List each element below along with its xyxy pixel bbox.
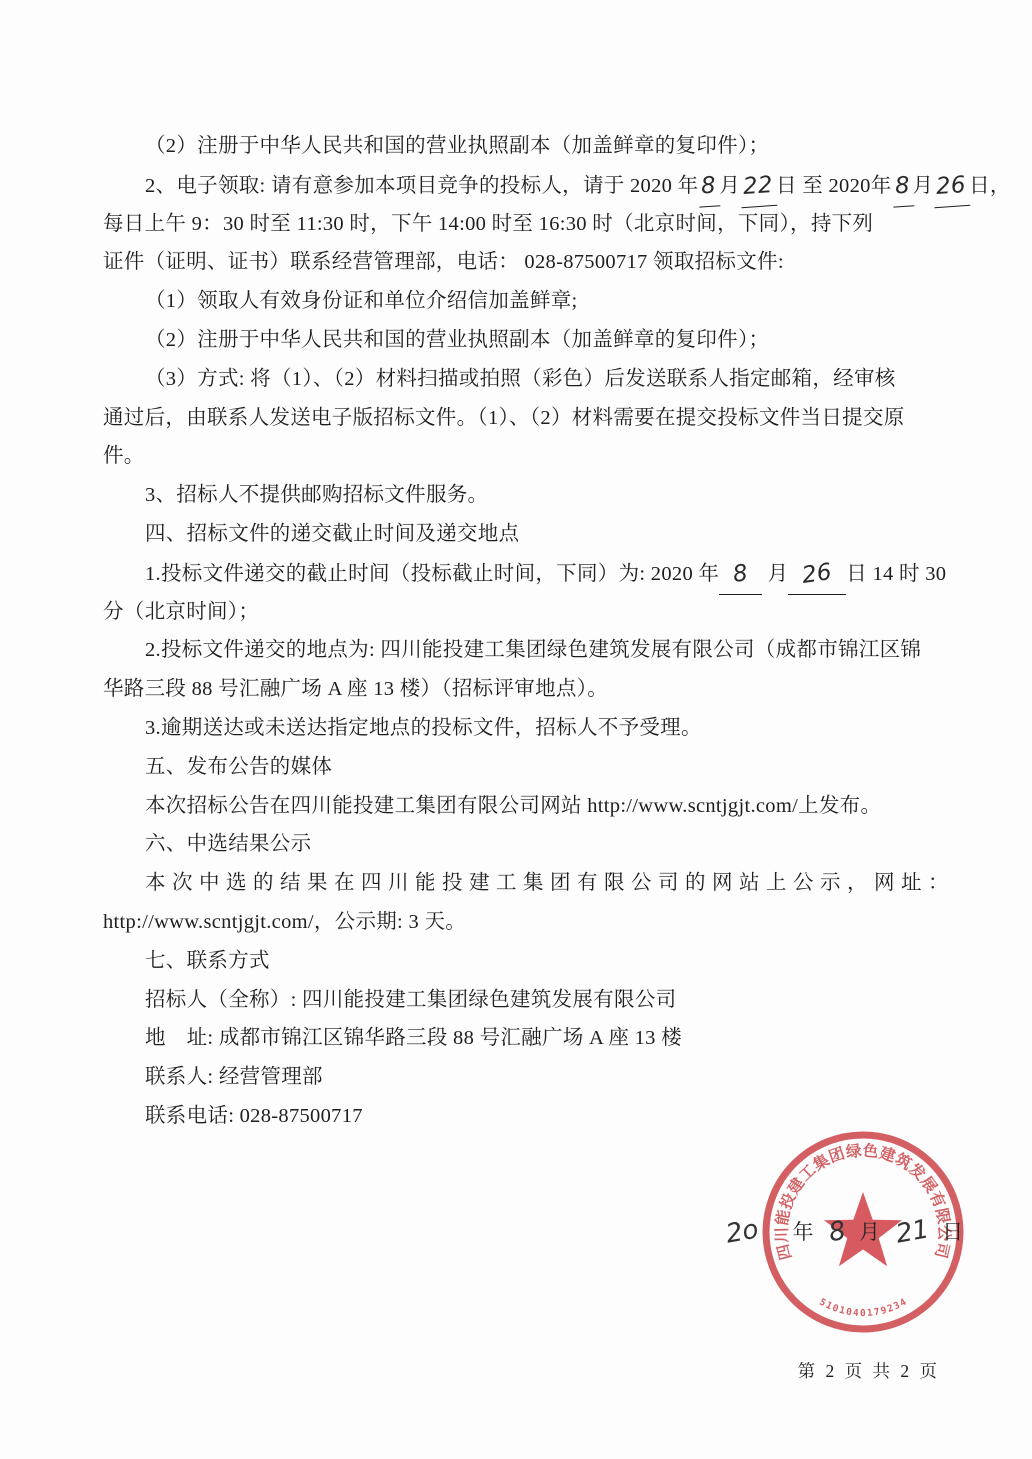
handwritten-segment: 26 xyxy=(932,166,971,208)
text-segment: 联系电话: 028-87500717 xyxy=(145,1105,363,1127)
document-line: http://www.scntjgjt.com/，公示期: 3 天。 xyxy=(103,903,936,942)
page-number: 第 2 页 共 2 页 xyxy=(798,1358,940,1383)
text-segment: 月 xyxy=(912,175,933,197)
document-line: 每日上午 9：30 时至 11:30 时，下午 14:00 时至 16:30 时… xyxy=(103,205,936,244)
text-segment: 五、发布公告的媒体 xyxy=(145,756,332,778)
handwritten-date-segment: 2o xyxy=(724,1214,761,1249)
text-segment: 2、电子领取: 请有意参加本项目竞争的投标人，请于 2020 年 xyxy=(145,175,698,197)
document-line: 3.逾期送达或未送达指定地点的投标文件，招标人不予受理。 xyxy=(103,709,936,748)
date-label-segment: 月 xyxy=(859,1216,880,1246)
text-segment: 本次中选的结果在四川能投建工集团有限公司的网站上公示，网址： xyxy=(145,872,955,894)
text-segment: 六、中选结果公示 xyxy=(145,833,311,855)
text-segment: 通过后，由联系人发送电子版招标文件。（1）、（2）材料需要在提交投标文件当日提交… xyxy=(103,407,905,429)
scanned-document-page: { "page": { "footer": "第 2 页 共 2 页" }, "… xyxy=(0,0,1032,1459)
text-segment: （1）领取人有效身份证和单位介绍信加盖鲜章; xyxy=(145,290,578,312)
document-line: 五、发布公告的媒体 xyxy=(103,748,936,787)
handwritten-date-segment: 21 xyxy=(894,1214,932,1249)
date-label-segment: 日 xyxy=(942,1216,963,1246)
handwritten-segment: 8 xyxy=(890,166,914,207)
text-segment: http://www.scntjgjt.com/，公示期: 3 天。 xyxy=(103,911,466,933)
text-segment: 日 至 2020年 xyxy=(776,175,891,197)
text-segment: （2）注册于中华人民共和国的营业执照副本（加盖鲜章的复印件）； xyxy=(145,135,769,157)
document-line: 四、招标文件的递交截止时间及递交地点 xyxy=(103,515,936,554)
document-line: 1.投标文件递交的截止时间（投标截止时间，下同）为: 2020 年8 月26日 … xyxy=(103,554,936,593)
document-line: 华路三段 88 号汇融广场 A 座 13 楼）（招标评审地点）。 xyxy=(103,670,936,709)
text-segment: 日， xyxy=(969,175,1011,197)
document-line: 通过后，由联系人发送电子版招标文件。（1）、（2）材料需要在提交投标文件当日提交… xyxy=(103,399,936,438)
text-segment: （3）方式: 将（1）、（2）材料扫描或拍照（彩色）后发送联系人指定邮箱，经审核 xyxy=(145,368,896,390)
handwritten-segment: 8 xyxy=(697,166,721,207)
document-line: （3）方式: 将（1）、（2）材料扫描或拍照（彩色）后发送联系人指定邮箱，经审核 xyxy=(103,360,936,399)
seal-number: 5101040179234 xyxy=(817,1296,909,1319)
text-segment: （2）注册于中华人民共和国的营业执照副本（加盖鲜章的复印件）； xyxy=(145,329,769,351)
document-line: 六、中选结果公示 xyxy=(103,825,936,864)
text-segment: 2.投标文件递交的地点为: 四川能投建工集团绿色建筑发展有限公司（成都市锦江区锦 xyxy=(145,639,921,661)
text-segment: 3、招标人不提供邮购招标文件服务。 xyxy=(145,484,488,506)
text-segment: 日 14 时 30 xyxy=(846,563,946,585)
text-segment: 月 xyxy=(762,563,788,585)
svg-text:5101040179234: 5101040179234 xyxy=(817,1296,909,1319)
document-line: （2）注册于中华人民共和国的营业执照副本（加盖鲜章的复印件）； xyxy=(103,127,936,166)
date-label-segment: 年 xyxy=(792,1216,813,1246)
document-line: 联系人: 经营管理部 xyxy=(103,1058,936,1097)
signature-date: 2o年8月21日 xyxy=(726,1216,963,1246)
text-segment: 七、联系方式 xyxy=(145,950,270,972)
document-line: 七、联系方式 xyxy=(103,942,936,981)
document-line: 本次招标公告在四川能投建工集团有限公司网站 http://www.scntjgj… xyxy=(103,787,936,826)
text-segment: 1.投标文件递交的截止时间（投标截止时间，下同）为: 2020 年 xyxy=(145,563,719,585)
text-segment: 件。 xyxy=(103,445,145,467)
document-line: 3、招标人不提供邮购招标文件服务。 xyxy=(103,476,936,515)
document-line: 件。 xyxy=(103,437,936,476)
document-line: （1）领取人有效身份证和单位介绍信加盖鲜章; xyxy=(103,282,936,321)
document-line: 招标人（全称）: 四川能投建工集团绿色建筑发展有限公司 xyxy=(103,981,936,1020)
document-line: 地 址: 成都市锦江区锦华路三段 88 号汇融广场 A 座 13 楼 xyxy=(103,1019,936,1058)
text-segment: 3.逾期送达或未送达指定地点的投标文件，招标人不予受理。 xyxy=(145,717,702,739)
text-segment: 四、招标文件的递交截止时间及递交地点 xyxy=(145,523,519,545)
handwritten-segment: 8 xyxy=(719,555,762,595)
text-segment: 本次招标公告在四川能投建工集团有限公司网站 http://www.scntjgj… xyxy=(145,795,881,817)
handwritten-segment: 22 xyxy=(739,166,778,208)
text-segment: 月 xyxy=(719,175,740,197)
document-line: 分（北京时间）； xyxy=(103,593,936,632)
document-text-block: （2）注册于中华人民共和国的营业执照副本（加盖鲜章的复印件）；2、电子领取: 请… xyxy=(103,127,936,1136)
text-segment: 招标人（全称）: 四川能投建工集团绿色建筑发展有限公司 xyxy=(145,989,676,1011)
handwritten-segment: 26 xyxy=(788,555,846,595)
document-line: 2.投标文件递交的地点为: 四川能投建工集团绿色建筑发展有限公司（成都市锦江区锦 xyxy=(103,631,936,670)
text-segment: 证件（证明、证书）联系经营管理部，电话： 028-87500717 领取招标文件… xyxy=(103,251,784,273)
document-line: （2）注册于中华人民共和国的营业执照副本（加盖鲜章的复印件）； xyxy=(103,321,936,360)
text-segment: 华路三段 88 号汇融广场 A 座 13 楼）（招标评审地点）。 xyxy=(103,678,608,700)
text-segment: 每日上午 9：30 时至 11:30 时，下午 14:00 时至 16:30 时… xyxy=(103,213,873,235)
document-line: 本次中选的结果在四川能投建工集团有限公司的网站上公示，网址： xyxy=(103,864,936,903)
document-line: 证件（证明、证书）联系经营管理部，电话： 028-87500717 领取招标文件… xyxy=(103,243,936,282)
handwritten-date-segment: 8 xyxy=(827,1216,849,1248)
text-segment: 联系人: 经营管理部 xyxy=(145,1066,323,1088)
document-line: 2、电子领取: 请有意参加本项目竞争的投标人，请于 2020 年8月22日 至 … xyxy=(103,166,936,205)
text-segment: 地 址: 成都市锦江区锦华路三段 88 号汇融广场 A 座 13 楼 xyxy=(145,1027,682,1049)
text-segment: 分（北京时间）； xyxy=(103,601,259,623)
